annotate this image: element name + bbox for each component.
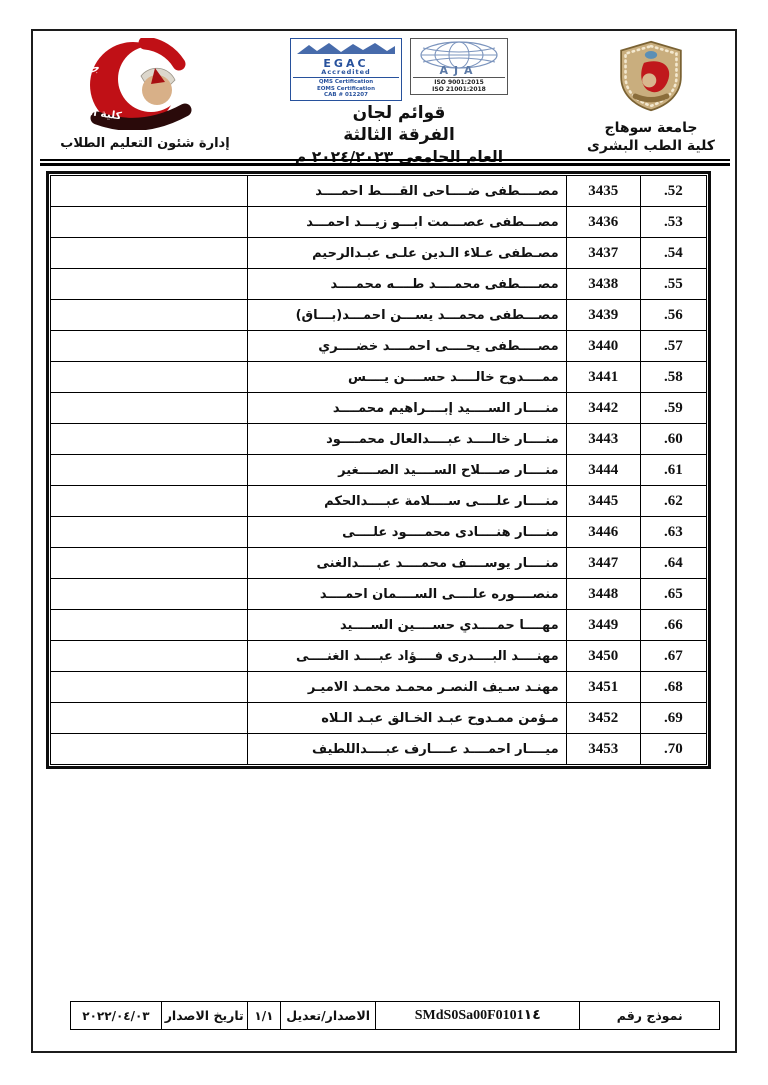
footer-row: نموذج رقم SMdS0Sa00F0101١٤ الاصدار/تعديل… <box>71 1002 720 1030</box>
table-row: 55.3438مصــــطفى محمــــد طــــه محمــــ… <box>51 269 707 300</box>
seat-number: 3445 <box>566 486 640 517</box>
empty-cell <box>51 176 248 207</box>
seat-number: 3453 <box>566 734 640 765</box>
row-number: 64. <box>640 548 706 579</box>
row-number: 68. <box>640 672 706 703</box>
student-table: 52.3435مصــــطفى ضــــاحى القــــط احمــ… <box>50 175 707 765</box>
egac-cert-box: QMS Certification EOMS Certification CAB… <box>293 77 399 99</box>
egac-accredited-label: Accredited <box>293 69 399 76</box>
seat-number: 3438 <box>566 269 640 300</box>
seat-number: 3439 <box>566 300 640 331</box>
table-row: 52.3435مصــــطفى ضــــاحى القــــط احمــ… <box>51 176 707 207</box>
table-row: 61.3444منــــار صــــلاح الســــيد الصــ… <box>51 455 707 486</box>
table-row: 65.3448منصــــوره علــــى الســــمان احم… <box>51 579 707 610</box>
empty-cell <box>51 486 248 517</box>
empty-cell <box>51 548 248 579</box>
empty-cell <box>51 672 248 703</box>
egac-mountains-icon <box>297 41 395 55</box>
student-name: منصــــوره علــــى الســــمان احمــــد <box>248 579 566 610</box>
student-name: منــــار هنــــادى محمــــود علــــى <box>248 517 566 548</box>
student-name: مصــــطفى يحــــى احمــــد خضــــري <box>248 331 566 362</box>
row-number: 65. <box>640 579 706 610</box>
empty-cell <box>51 734 248 765</box>
student-name: منــــار يوســــف محمــــد عبــــدالغنى <box>248 548 566 579</box>
empty-cell <box>51 610 248 641</box>
table-row: 53.3436مصـــطفى عصـــمت ابـــو زيـــد اح… <box>51 207 707 238</box>
faculty-name: كلية الطب البشرى <box>576 137 726 155</box>
student-name: مصـــطفى عصـــمت ابـــو زيـــد احمـــد <box>248 207 566 238</box>
table-row: 64.3447منــــار يوســــف محمــــد عبــــ… <box>51 548 707 579</box>
student-name: مهــــا حمــــدي حســــين الســــيد <box>248 610 566 641</box>
table-row: 62.3445منــــار علــــى ســــلامة عبــــ… <box>51 486 707 517</box>
student-name: ممــــدوح خالــــد حســــن يــــس <box>248 362 566 393</box>
accreditation-logos-row: EGAC Accredited QMS Certification EOMS C… <box>282 38 516 96</box>
seat-number: 3447 <box>566 548 640 579</box>
row-number: 55. <box>640 269 706 300</box>
university-shield-logo-icon <box>616 40 686 112</box>
empty-cell <box>51 703 248 734</box>
student-name: مصــــطفى ضــــاحى القــــط احمــــد <box>248 176 566 207</box>
student-name: منــــار الســــيد إبــــراهيم محمــــد <box>248 393 566 424</box>
egac-cert-line: CAB # 012207 <box>293 92 399 99</box>
row-number: 58. <box>640 362 706 393</box>
seat-number: 3443 <box>566 424 640 455</box>
seat-number: 3440 <box>566 331 640 362</box>
row-number: 63. <box>640 517 706 548</box>
student-name: مهنــــد البــــدرى فــــؤاد عبــــد الغ… <box>248 641 566 672</box>
row-number: 70. <box>640 734 706 765</box>
department-caption: إدارة شئون التعليم الطلاب <box>60 136 230 151</box>
seat-number: 3448 <box>566 579 640 610</box>
university-name: جامعة سوهاج <box>576 119 726 137</box>
egac-accreditation-logo: EGAC Accredited QMS Certification EOMS C… <box>290 38 402 101</box>
row-number: 57. <box>640 331 706 362</box>
table-row: 59.3442منــــار الســــيد إبــــراهيم مح… <box>51 393 707 424</box>
empty-cell <box>51 238 248 269</box>
row-number: 54. <box>640 238 706 269</box>
issue-label: الاصدار/تعديل <box>281 1002 376 1030</box>
seat-number: 3436 <box>566 207 640 238</box>
page-subtitle-grade: الفرقة الثالثة <box>282 124 516 146</box>
header-right-block: جامعة سوهاج كلية الطب البشرى <box>576 40 726 155</box>
empty-cell <box>51 393 248 424</box>
issue-value: ١/١ <box>247 1002 281 1030</box>
page-title: قوائم لجان <box>282 102 516 124</box>
student-name: مهنـد سـيف النصـر محمـد محمـد الاميـر <box>248 672 566 703</box>
table-row: 63.3446منــــار هنــــادى محمــــود علــ… <box>51 517 707 548</box>
form-number-label: نموذج رقم <box>580 1002 720 1030</box>
aja-iso-line: ISO 9001:2015 <box>413 79 505 86</box>
row-number: 61. <box>640 455 706 486</box>
empty-cell <box>51 269 248 300</box>
table-row: 68.3451مهنـد سـيف النصـر محمـد محمـد الا… <box>51 672 707 703</box>
aja-iso-box: ISO 9001:2015 ISO 21001:2018 <box>413 77 505 93</box>
issue-date-value: ٢٠٢٢/٠٤/٠٣ <box>71 1002 162 1030</box>
empty-cell <box>51 424 248 455</box>
header-divider-rule <box>40 159 730 166</box>
table-row: 66.3449مهــــا حمــــدي حســــين الســــ… <box>51 610 707 641</box>
seat-number: 3444 <box>566 455 640 486</box>
row-number: 69. <box>640 703 706 734</box>
seat-number: 3449 <box>566 610 640 641</box>
empty-cell <box>51 207 248 238</box>
faculty-crescent-logo-icon: جامعة سوهاج كلية الطب <box>69 38 221 130</box>
empty-cell <box>51 641 248 672</box>
table-row: 56.3439مصـــطفى محمـــد يســـن احمـــد(ب… <box>51 300 707 331</box>
table-row: 57.3440مصــــطفى يحــــى احمــــد خضــــ… <box>51 331 707 362</box>
row-number: 59. <box>640 393 706 424</box>
aja-iso-line: ISO 21001:2018 <box>413 86 505 93</box>
table-row: 60.3443منــــار خالــــد عبــــدالعال مح… <box>51 424 707 455</box>
seat-number: 3441 <box>566 362 640 393</box>
seat-number: 3437 <box>566 238 640 269</box>
seat-number: 3450 <box>566 641 640 672</box>
seat-number: 3442 <box>566 393 640 424</box>
empty-cell <box>51 362 248 393</box>
empty-cell <box>51 517 248 548</box>
student-name: منــــار خالــــد عبــــدالعال محمــــود <box>248 424 566 455</box>
student-name: مصـطفى عـلاء الـدين علـى عبـدالرحيم <box>248 238 566 269</box>
header-center-block: EGAC Accredited QMS Certification EOMS C… <box>282 38 516 168</box>
header-left-block: جامعة سوهاج كلية الطب إدارة شئون التعليم… <box>60 38 230 151</box>
row-number: 67. <box>640 641 706 672</box>
empty-cell <box>51 331 248 362</box>
student-table-frame: 52.3435مصــــطفى ضــــاحى القــــط احمــ… <box>46 171 711 769</box>
aja-accreditation-logo: AJA ISO 9001:2015 ISO 21001:2018 <box>410 38 508 95</box>
student-name: منــــار علــــى ســــلامة عبــــدالحكم <box>248 486 566 517</box>
seat-number: 3435 <box>566 176 640 207</box>
issue-date-label: تاريخ الاصدار <box>161 1002 247 1030</box>
seat-number: 3452 <box>566 703 640 734</box>
document-page: جامعة سوهاج كلية الطب إدارة شئون التعليم… <box>0 0 768 1085</box>
row-number: 60. <box>640 424 706 455</box>
empty-cell <box>51 579 248 610</box>
table-row: 70.3453ميــــار احمــــد عــــارف عبــــ… <box>51 734 707 765</box>
student-name: مصــــطفى محمــــد طــــه محمــــد <box>248 269 566 300</box>
row-number: 62. <box>640 486 706 517</box>
student-name: منــــار صــــلاح الســــيد الصــــغير <box>248 455 566 486</box>
table-row: 67.3450مهنــــد البــــدرى فــــؤاد عبــ… <box>51 641 707 672</box>
table-row: 58.3441ممــــدوح خالــــد حســــن يــــس <box>51 362 707 393</box>
table-row: 54.3437مصـطفى عـلاء الـدين علـى عبـدالرح… <box>51 238 707 269</box>
footer-metadata-table: نموذج رقم SMdS0Sa00F0101١٤ الاصدار/تعديل… <box>70 1001 720 1030</box>
empty-cell <box>51 455 248 486</box>
empty-cell <box>51 300 248 331</box>
seat-number: 3446 <box>566 517 640 548</box>
student-name: مـؤمن ممـدوح عبـد الخـالق عبـد الـلاه <box>248 703 566 734</box>
form-number-value: SMdS0Sa00F0101١٤ <box>376 1002 580 1030</box>
row-number: 56. <box>640 300 706 331</box>
table-row: 69.3452مـؤمن ممـدوح عبـد الخـالق عبـد ال… <box>51 703 707 734</box>
row-number: 52. <box>640 176 706 207</box>
row-number: 66. <box>640 610 706 641</box>
student-table-body: 52.3435مصــــطفى ضــــاحى القــــط احمــ… <box>51 176 707 765</box>
seat-number: 3451 <box>566 672 640 703</box>
student-name: ميــــار احمــــد عــــارف عبــــداللطيف <box>248 734 566 765</box>
student-name: مصـــطفى محمـــد يســـن احمـــد(بـــاق) <box>248 300 566 331</box>
row-number: 53. <box>640 207 706 238</box>
